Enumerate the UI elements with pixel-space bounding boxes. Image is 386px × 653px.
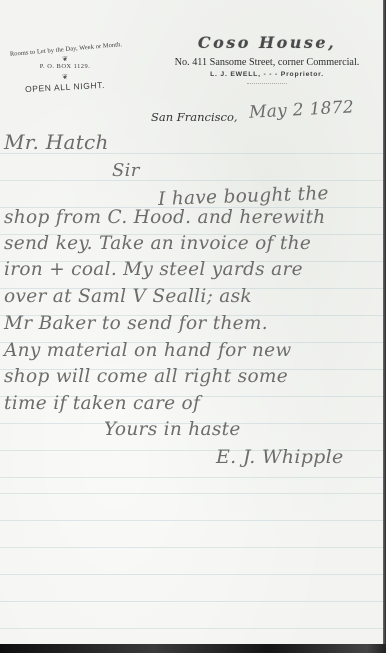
ruled-line [0, 574, 383, 575]
letterhead-center-block: Coso House, No. 411 Sansome Street, corn… [150, 32, 383, 85]
letterhead-left-block: Rooms to Let by the Day, Week or Month. … [6, 46, 124, 92]
body-line: Any material on hand for new [4, 340, 291, 361]
letter-page: Rooms to Let by the Day, Week or Month. … [0, 0, 383, 644]
body-line: time if taken care of [4, 393, 200, 414]
ruled-line [0, 180, 383, 181]
place-printed: San Francisco, [151, 110, 238, 124]
body-line: shop from C. Hood. and herewith [4, 207, 326, 228]
hotel-address: No. 411 Sansome Street, corner Commercia… [150, 56, 383, 69]
signature: E. J. Whipple [216, 446, 344, 468]
ruled-line [0, 477, 383, 478]
ruled-line [0, 547, 383, 548]
po-box-text: P. O. BOX 1129. [6, 63, 124, 71]
proprietor-line: L. J. EWELL, - - - Proprietor. [150, 69, 383, 80]
letter-date: May 2 1872 [249, 97, 355, 122]
hotel-name: Coso House, [150, 32, 383, 54]
body-line: I have bought the [158, 183, 329, 210]
open-all-night-text: OPEN ALL NIGHT. [6, 79, 124, 95]
scan-edge-bottom [0, 644, 386, 653]
salutation: Mr. Hatch [4, 130, 109, 154]
body-line: Mr Baker to send for them. [4, 313, 268, 334]
ruled-line [0, 601, 383, 602]
body-line: iron + coal. My steel yards are [4, 259, 303, 280]
greeting: Sir [112, 160, 140, 181]
ruled-line [0, 520, 383, 521]
closing: Yours in haste [104, 419, 241, 440]
body-line: shop will come all right some [4, 366, 288, 387]
letterhead-divider [247, 83, 287, 85]
body-line: send key. Take an invoice of the [4, 233, 311, 254]
ruled-line [0, 628, 383, 629]
body-line: over at Saml V Sealli; ask [4, 286, 252, 307]
ruled-line [0, 493, 383, 494]
